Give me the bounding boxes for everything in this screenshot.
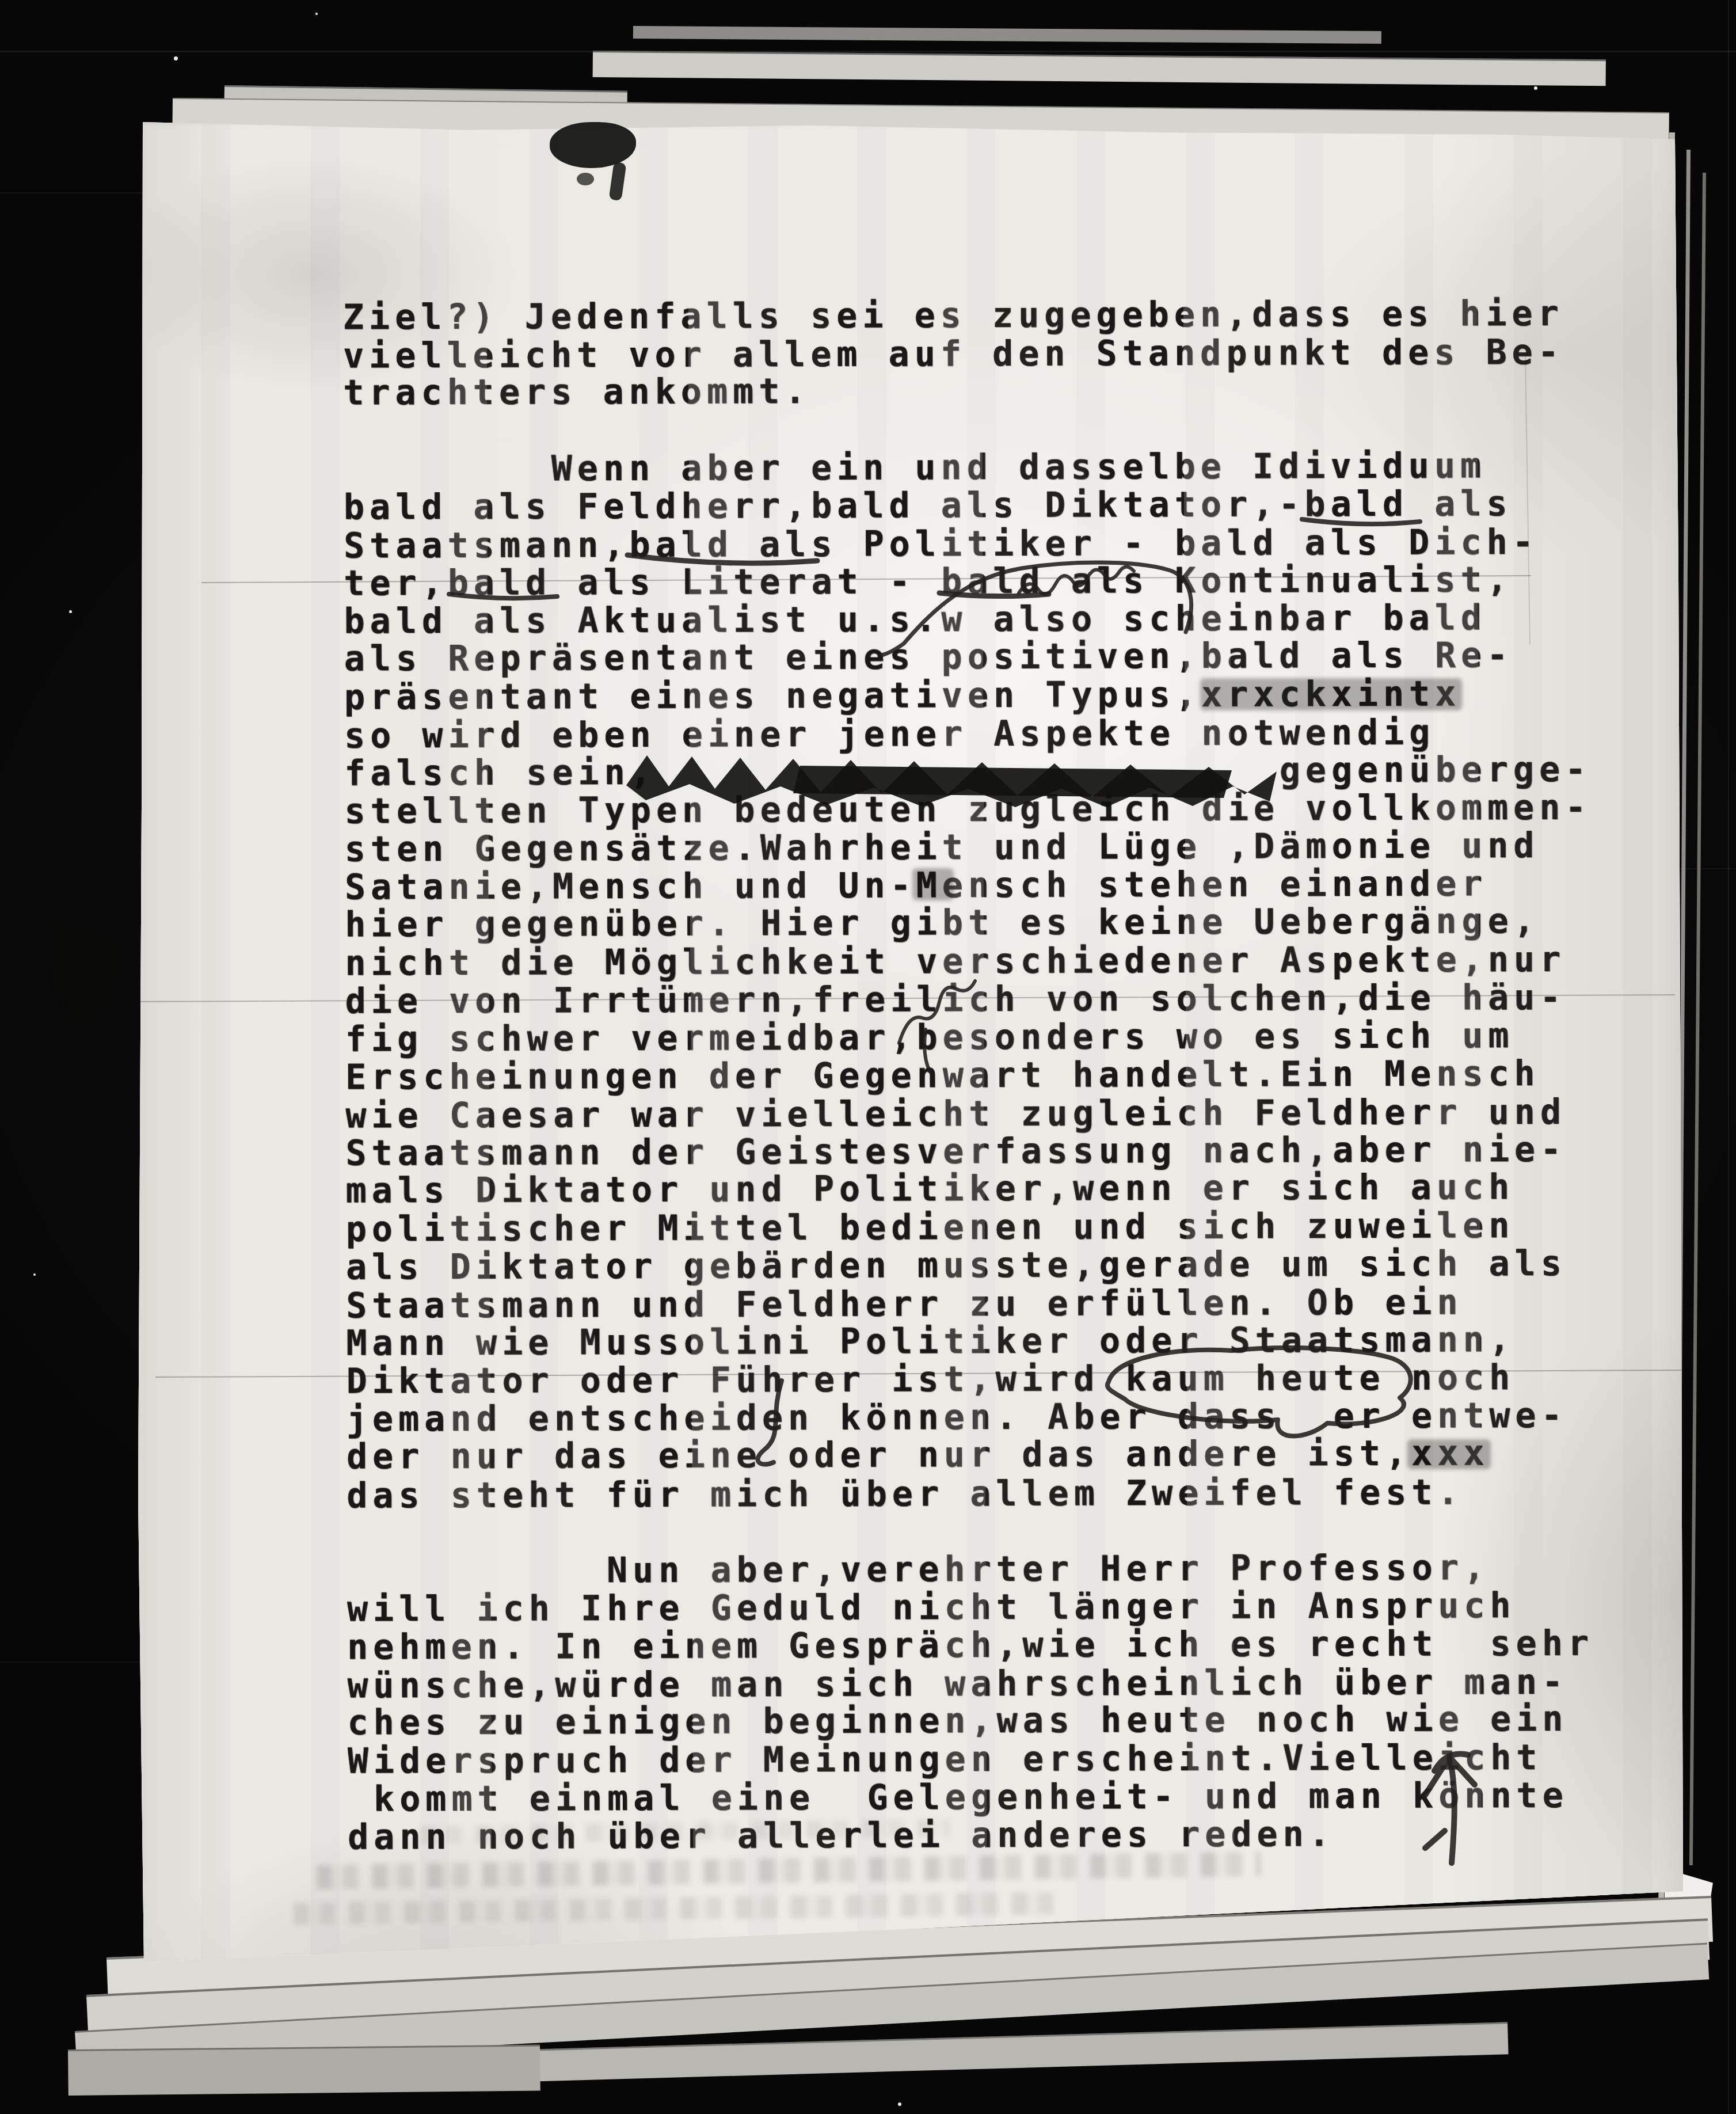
- sheet-edge-top: [633, 26, 1381, 44]
- typed-line: hier gegenüber. Hier gibt es keine Ueber…: [345, 902, 1646, 944]
- sheet-edge-right: [1689, 173, 1706, 1865]
- typed-line: stellten Typen bedeuten zugleich die vol…: [344, 788, 1645, 830]
- film-streak: [1728, 0, 1729, 2114]
- typed-line: Diktator oder Führer ist,wird kaum heute…: [347, 1358, 1647, 1400]
- bleed-through-text: [294, 1892, 1053, 1925]
- typed-line: trachters ankommt.: [343, 370, 1644, 412]
- typed-line: jemand entscheiden können. Aber dass er …: [347, 1396, 1647, 1438]
- typed-line: die von Irrtümern,freilich von solchen,d…: [345, 978, 1646, 1020]
- dust-speck: [33, 1273, 36, 1276]
- typed-line: Mann wie Mussolini Politiker oder Staats…: [346, 1320, 1647, 1362]
- typed-line: Wenn aber ein und dasselbe Idividuum: [344, 446, 1644, 488]
- typed-line: kommt einmal eine Gelegenheit- und man k…: [348, 1776, 1649, 1818]
- sheet-edge-top: [593, 51, 1606, 86]
- typed-line: als Diktator gebärden musste,gerade um s…: [346, 1244, 1647, 1286]
- overstrike-un-mensch: [912, 868, 954, 900]
- typed-line: bald als Aktualist u.s.w also scheinbar …: [344, 598, 1644, 640]
- typed-line: Erscheinungen der Gegenwart handelt.Ein …: [345, 1054, 1646, 1096]
- typed-line: Satanie,Mensch und Un-Mensch stehen eina…: [345, 864, 1646, 906]
- dust-speck: [315, 13, 318, 15]
- typed-line: wie Caesar war vielleicht zugleich Feldh…: [345, 1093, 1646, 1135]
- typed-line: Widerspruch der Meinungen erscheint.Viel…: [348, 1738, 1649, 1780]
- dust-speck: [174, 56, 178, 60]
- typed-line: Ziel?) Jedenfalls sei es zugegeben,dass …: [343, 294, 1644, 336]
- typed-text: Ziel?) Jedenfalls sei es zugegeben,dass …: [343, 294, 1649, 1856]
- dust-speck: [898, 2102, 901, 2106]
- typed-line: ter,bald als Literat - bald als Kontinua…: [344, 560, 1644, 602]
- film-streak: [0, 51, 1736, 52]
- typescript-page: Ziel?) Jedenfalls sei es zugegeben,dass …: [121, 115, 1721, 2098]
- typed-line: [343, 408, 1644, 450]
- typed-line: vielleicht vor allem auf den Standpunkt …: [343, 333, 1644, 375]
- typed-line: falsch sein, gegenüberge-: [344, 750, 1645, 792]
- typed-line: Staatsmann und Feldherr zu erfüllen. Ob …: [346, 1283, 1647, 1325]
- typed-line: das steht für mich über allem Zweifel fe…: [347, 1473, 1647, 1515]
- typed-line: mals Diktator und Politiker,wenn er sich…: [346, 1168, 1647, 1210]
- typed-line: [347, 1510, 1647, 1552]
- typed-line: als Repräsentant eines positiven,bald al…: [344, 636, 1645, 678]
- typed-line: sten Gegensätze.Wahrheit und Lüge ,Dämon…: [345, 826, 1646, 868]
- typed-line: ches zu einigen beginnen,was heute noch …: [347, 1699, 1648, 1742]
- dust-speck: [69, 610, 72, 613]
- overstrike-xrxckxintx: [1200, 678, 1462, 710]
- typed-line: will ich Ihre Geduld nicht länger in Ans…: [347, 1586, 1648, 1628]
- photograph-background: Ziel?) Jedenfalls sei es zugegeben,dass …: [0, 0, 1736, 2114]
- typed-line: Staatsmann,bald als Politiker - bald als…: [344, 523, 1644, 565]
- ink-blot-small: [577, 173, 594, 185]
- sheet-corner-bottom-left: [68, 2044, 540, 2096]
- typed-line: Staatsmann der Geistesverfassung nach,ab…: [345, 1130, 1646, 1172]
- dust-speck: [1534, 86, 1537, 90]
- typed-line: politischer Mittel bedienen und sich zuw…: [346, 1206, 1647, 1248]
- typed-line: bald als Feldherr,bald als Diktator,-bal…: [344, 484, 1644, 526]
- typed-line: fig schwer vermeidbar,besonders wo es si…: [345, 1016, 1646, 1058]
- overstrike-xxx: [1407, 1439, 1491, 1469]
- typed-line: nicht die Möglichkeit verschiedener Aspe…: [345, 940, 1646, 982]
- typed-line: Nun aber,verehrter Herr Professor,: [347, 1548, 1648, 1590]
- typed-line: so wird eben einer jener Aspekte notwend…: [344, 713, 1645, 755]
- typed-line: nehmen. In einem Gespräch,wie ich es rec…: [347, 1624, 1648, 1666]
- binder-clip-shadow: [53, 920, 125, 1031]
- bleed-through-text: [317, 1852, 1261, 1889]
